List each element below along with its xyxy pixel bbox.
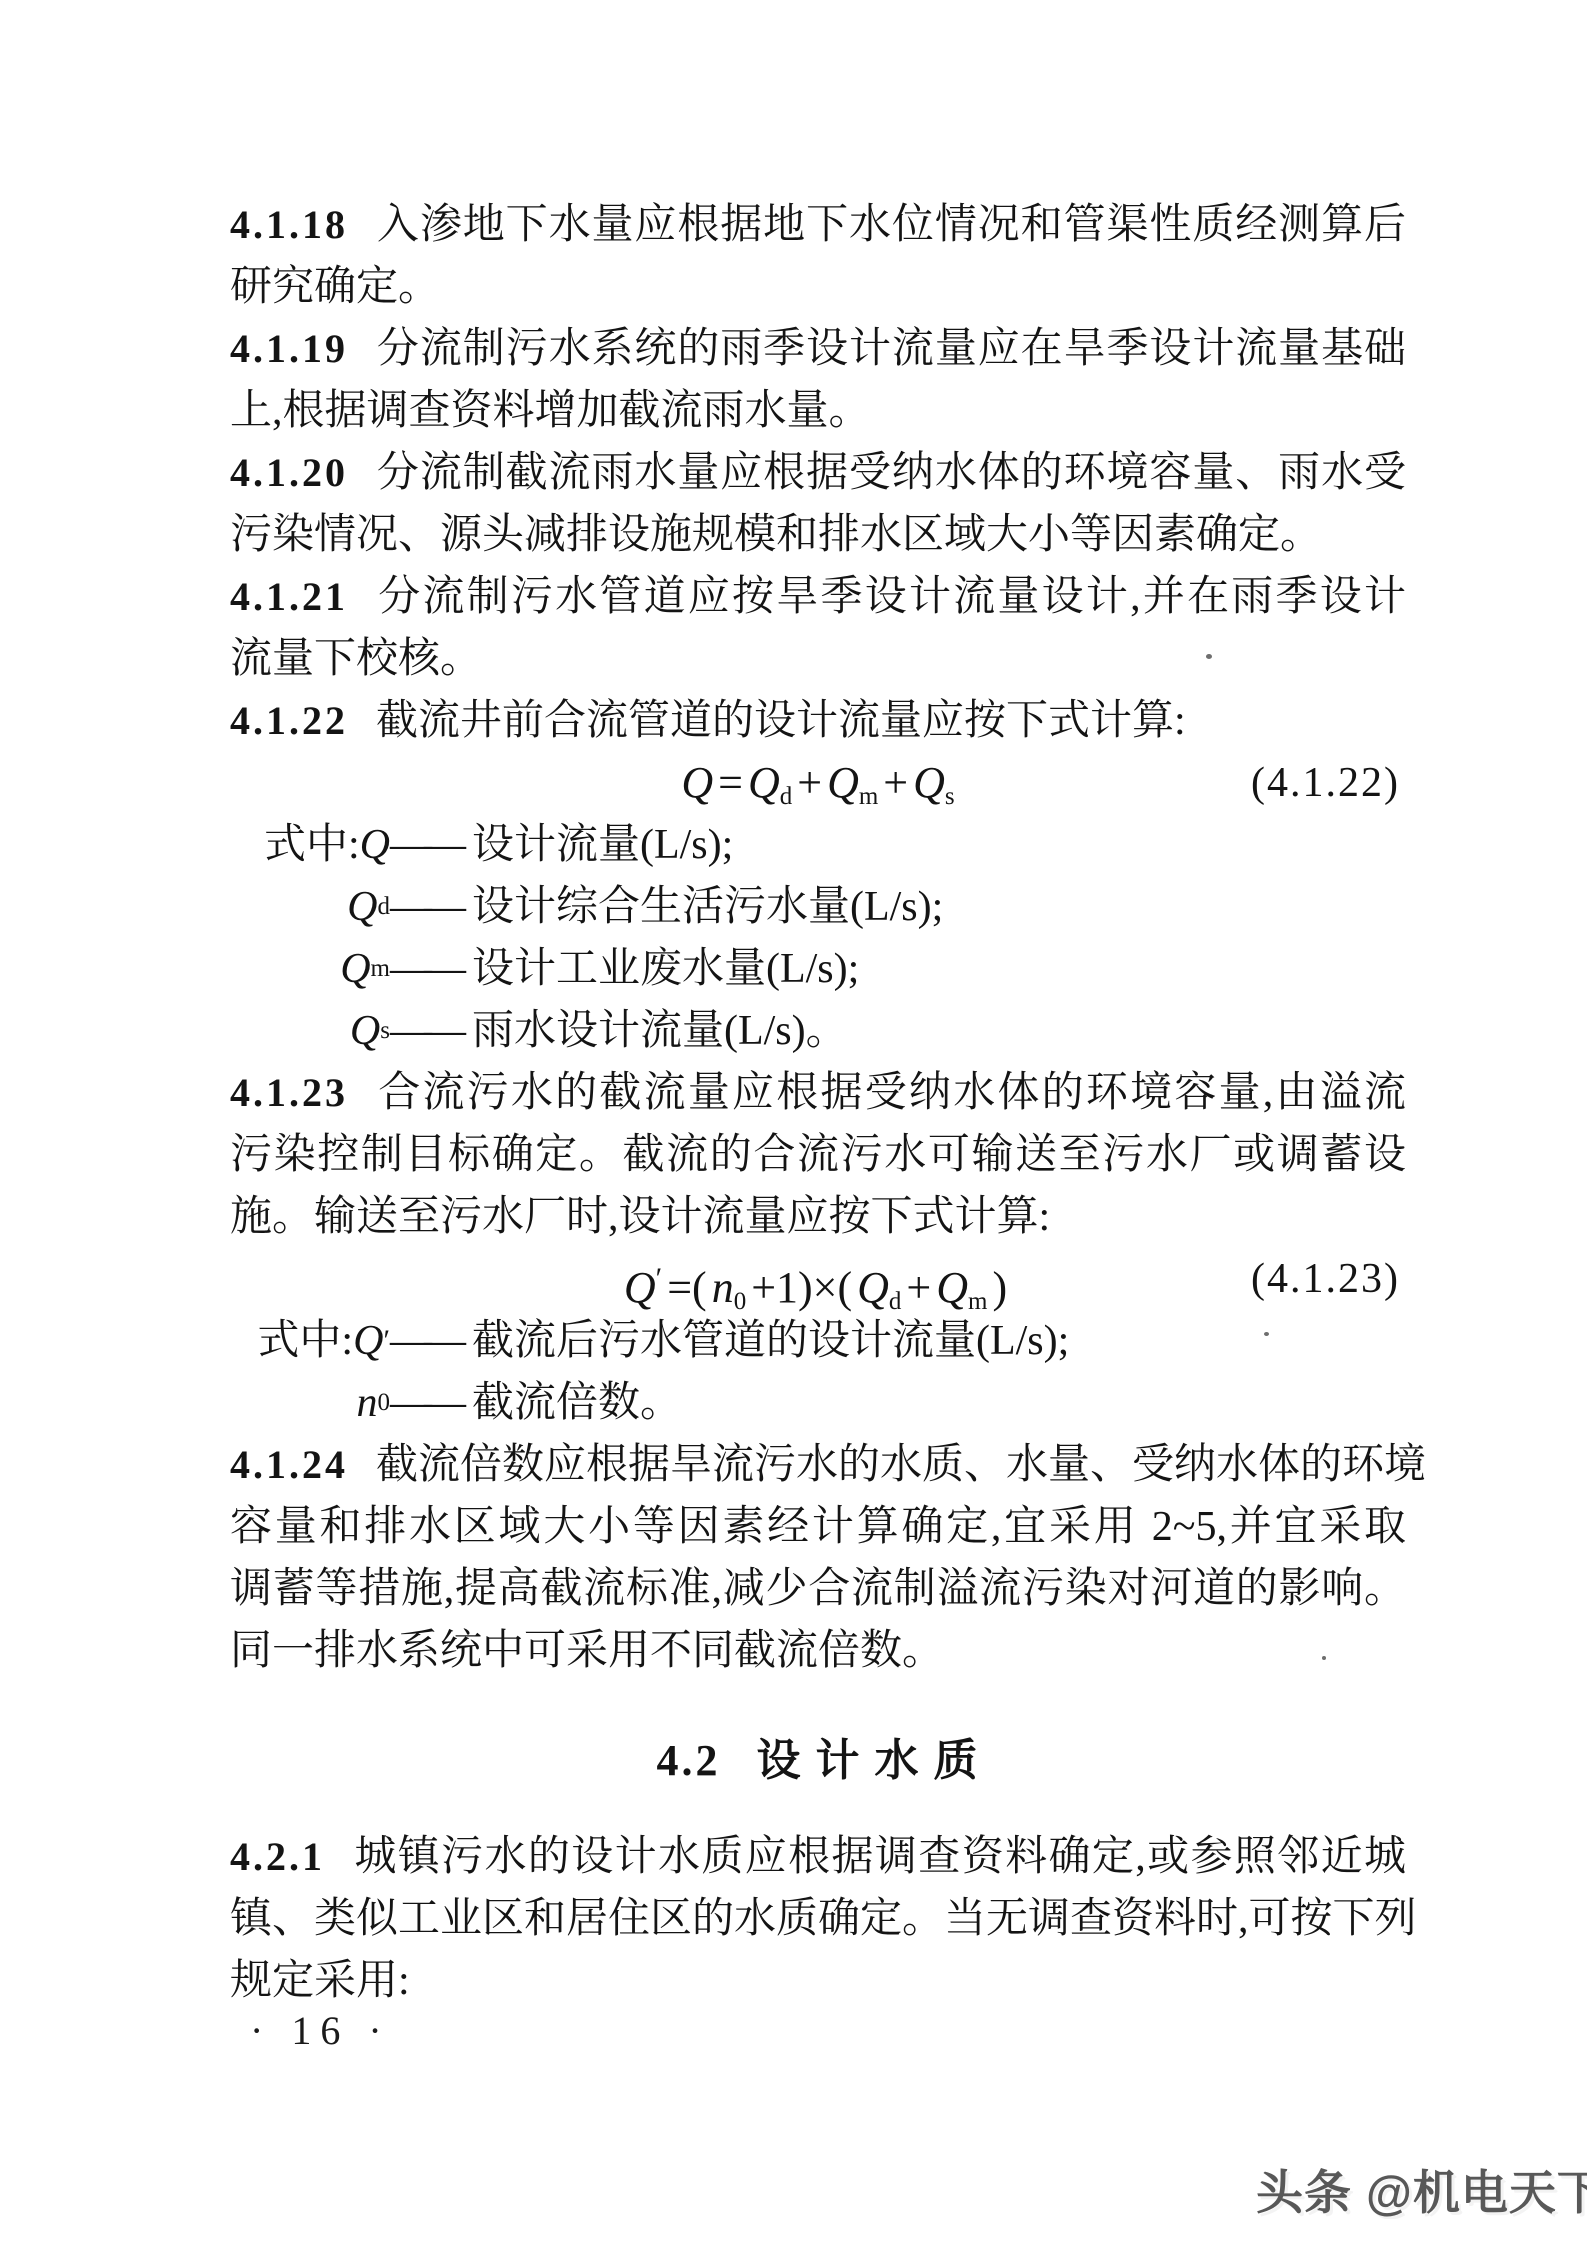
definition-symbol: Qm	[230, 938, 390, 1000]
clause-number: 4.1.18	[230, 202, 348, 247]
definition-dash: ——	[390, 1310, 458, 1372]
formula: Q′=(n0+1)×(Qd+Qm)	[624, 1263, 1012, 1312]
clause-line: 4.1.21分流制污水管道应按旱季设计流量设计,并在雨季设计	[230, 566, 1406, 628]
clause-number: 4.1.22	[230, 698, 348, 743]
formula-variable: Q	[857, 1263, 889, 1312]
formula-subscript: m	[859, 783, 878, 810]
scan-speck	[1264, 1332, 1269, 1336]
definition-dash: ——	[390, 1372, 458, 1434]
formula-variable: n	[712, 1263, 734, 1312]
formula-variable: Q	[347, 876, 377, 938]
clause-text: 分流制污水系统的雨季设计流量应在旱季设计流量基础	[376, 326, 1406, 372]
formula-subscript: s	[380, 1000, 390, 1062]
heading-number: 4.2	[657, 1736, 721, 1785]
clause-text: 镇、类似工业区和居住区的水质确定。当无调查资料时,可按下列	[230, 1896, 1417, 1942]
definition-symbol: Qd	[230, 876, 390, 938]
formula-operator: =	[713, 758, 748, 807]
clause-line: 4.2.1城镇污水的设计水质应根据调查资料确定,或参照邻近城	[230, 1826, 1406, 1888]
definition-row: Qm——设计工业废水量(L/s);	[230, 938, 1406, 1000]
definition-text: 截流后污水管道的设计流量(L/s);	[472, 1310, 1069, 1372]
formula-variable: Q	[936, 1263, 968, 1312]
clause-text: 同一排水系统中可采用不同截流倍数。	[230, 1628, 944, 1674]
definition-dash: ——	[390, 876, 458, 938]
formula-subscript: d	[889, 1288, 902, 1315]
formula-variable: Q	[624, 1263, 656, 1312]
clause-number: 4.1.19	[230, 326, 348, 371]
clause-text: 分流制截流雨水量应根据受纳水体的环境容量、雨水受	[376, 450, 1406, 496]
formula-subscript: d	[780, 783, 793, 810]
definition-dash: ——	[390, 938, 458, 1000]
definition-prefix: 式中:	[257, 1310, 353, 1372]
formula-row: Q′=(n0+1)×(Qd+Qm)(4.1.23)	[230, 1248, 1406, 1310]
clause-number: 4.2.1	[230, 1834, 325, 1879]
clause-line: 4.1.18入渗地下水量应根据地下水位情况和管渠性质经测算后	[230, 194, 1406, 256]
clause-text: 截流井前合流管道的设计流量应按下式计算:	[376, 698, 1186, 744]
definition-row: Qs——雨水设计流量(L/s)。	[230, 1000, 1406, 1062]
definition-prefix: 式中:	[264, 814, 360, 876]
clause-line: 4.1.19分流制污水系统的雨季设计流量应在旱季设计流量基础	[230, 318, 1406, 380]
formula-subscript: 0	[734, 1288, 747, 1315]
formula-variable: Q	[913, 758, 945, 807]
definition-dash: ——	[390, 814, 458, 876]
formula-operator: +	[792, 758, 827, 807]
formula-variable: Q	[827, 758, 859, 807]
formula-operator: )	[987, 1263, 1012, 1312]
formula-variable: Q	[360, 814, 390, 876]
formula-variable: Q	[340, 938, 370, 1000]
definition-text: 截流倍数。	[472, 1372, 682, 1434]
clause-text: 规定采用:	[230, 1958, 410, 2004]
definition-text: 设计综合生活污水量(L/s);	[472, 876, 943, 938]
clause-text: 施。输送至污水厂时,设计流量应按下式计算:	[230, 1194, 1050, 1240]
clause-line: 流量下校核。	[230, 628, 1406, 690]
formula-subscript: 0	[378, 1372, 391, 1434]
clause-text: 容量和排水区域大小等因素经计算确定,宜采用 2~5,并宜采取	[230, 1504, 1406, 1550]
clause-line: 调蓄等措施,提高截流标准,减少合流制溢流污染对河道的影响。	[230, 1558, 1406, 1620]
formula-variable: Q	[350, 1000, 380, 1062]
definition-symbol: 式中:Q	[230, 814, 390, 876]
clause-number: 4.1.21	[230, 574, 348, 619]
clause-text: 入渗地下水量应根据地下水位情况和管渠性质经测算后	[376, 202, 1406, 248]
definition-row: n0——截流倍数。	[230, 1372, 1406, 1434]
clause-number: 4.1.24	[230, 1442, 348, 1487]
definition-symbol: Qs	[230, 1000, 390, 1062]
formula-operator: +	[901, 1263, 936, 1312]
definition-row: 式中:Q——设计流量(L/s);	[230, 814, 1406, 876]
clause-text: 分流制污水管道应按旱季设计流量设计,并在雨季设计	[376, 574, 1406, 620]
definition-symbol: n0	[230, 1372, 390, 1434]
clause-line: 4.1.22截流井前合流管道的设计流量应按下式计算:	[230, 690, 1406, 752]
formula-operator: =(	[662, 1263, 711, 1312]
formula-subscript: m	[968, 1288, 987, 1315]
clause-line: 污染情况、源头减排设施规模和排水区域大小等因素确定。	[230, 504, 1406, 566]
heading-title: 设 计 水 质	[757, 1736, 980, 1785]
formula-subscript: m	[371, 938, 390, 1000]
definition-text: 雨水设计流量(L/s)。	[472, 1000, 848, 1062]
formula-variable: Q	[681, 758, 713, 807]
clause-line: 4.1.20分流制截流雨水量应根据受纳水体的环境容量、雨水受	[230, 442, 1406, 504]
definition-row: 式中:Q′——截流后污水管道的设计流量(L/s);	[230, 1310, 1406, 1372]
clause-line: 容量和排水区域大小等因素经计算确定,宜采用 2~5,并宜采取	[230, 1496, 1406, 1558]
clause-number: 4.1.20	[230, 450, 348, 495]
document-page: 4.1.18入渗地下水量应根据地下水位情况和管渠性质经测算后研究确定。4.1.1…	[0, 0, 1587, 2245]
page-number: · 16 ·	[250, 2000, 391, 2062]
clause-text: 调蓄等措施,提高截流标准,减少合流制溢流污染对河道的影响。	[230, 1566, 1406, 1612]
clause-line: 4.1.23合流污水的截流量应根据受纳水体的环境容量,由溢流	[230, 1062, 1406, 1124]
clause-text: 污染情况、源头减排设施规模和排水区域大小等因素确定。	[230, 512, 1322, 558]
formula-variable: Q	[748, 758, 780, 807]
equation-number: (4.1.22)	[1251, 752, 1400, 814]
clause-text: 截流倍数应根据旱流污水的水质、水量、受纳水体的环境	[376, 1442, 1426, 1488]
clause-line: 4.1.24截流倍数应根据旱流污水的水质、水量、受纳水体的环境	[230, 1434, 1406, 1496]
clause-text: 合流污水的截流量应根据受纳水体的环境容量,由溢流	[376, 1070, 1406, 1116]
definition-text: 设计工业废水量(L/s);	[472, 938, 859, 1000]
definition-dash: ——	[390, 1000, 458, 1062]
formula-operator: +1)×(	[746, 1263, 857, 1312]
definition-row: Qd——设计综合生活污水量(L/s);	[230, 876, 1406, 938]
formula-variable: n	[357, 1372, 378, 1434]
definition-symbol: 式中:Q′	[230, 1310, 390, 1372]
formula-variable: Q	[353, 1310, 383, 1372]
clause-text: 城镇污水的设计水质应根据调查资料确定,或参照邻近城	[353, 1834, 1406, 1880]
document-body: 4.1.18入渗地下水量应根据地下水位情况和管渠性质经测算后研究确定。4.1.1…	[230, 194, 1406, 2012]
clause-line: 镇、类似工业区和居住区的水质确定。当无调查资料时,可按下列	[230, 1888, 1406, 1950]
clause-text: 上,根据调查资料增加截流雨水量。	[230, 388, 871, 434]
clause-line: 规定采用:	[230, 1950, 1406, 2012]
equation-number: (4.1.23)	[1251, 1248, 1400, 1310]
clause-line: 施。输送至污水厂时,设计流量应按下式计算:	[230, 1186, 1406, 1248]
clause-line: 研究确定。	[230, 256, 1406, 318]
scan-speck	[1322, 1656, 1326, 1660]
clause-text: 污染控制目标确定。截流的合流污水可输送至污水厂或调蓄设	[230, 1132, 1406, 1178]
watermark: 头条 @机电天下	[1256, 2156, 1587, 2223]
clause-line: 污染控制目标确定。截流的合流污水可输送至污水厂或调蓄设	[230, 1124, 1406, 1186]
definition-text: 设计流量(L/s);	[472, 814, 733, 876]
scan-speck	[1206, 654, 1212, 659]
formula-subscript: d	[378, 876, 391, 938]
clause-text: 研究确定。	[230, 264, 440, 310]
formula-subscript: s	[945, 783, 955, 810]
clause-number: 4.1.23	[230, 1070, 348, 1115]
formula: Q=Qd+Qm+Qs	[681, 758, 954, 807]
formula-row: Q=Qd+Qm+Qs(4.1.22)	[230, 752, 1406, 814]
clause-line: 上,根据调查资料增加截流雨水量。	[230, 380, 1406, 442]
clause-line: 同一排水系统中可采用不同截流倍数。	[230, 1620, 1406, 1682]
formula-operator: +	[878, 758, 913, 807]
clause-text: 流量下校核。	[230, 636, 482, 682]
section-heading: 4.2设 计 水 质	[230, 1730, 1406, 1792]
